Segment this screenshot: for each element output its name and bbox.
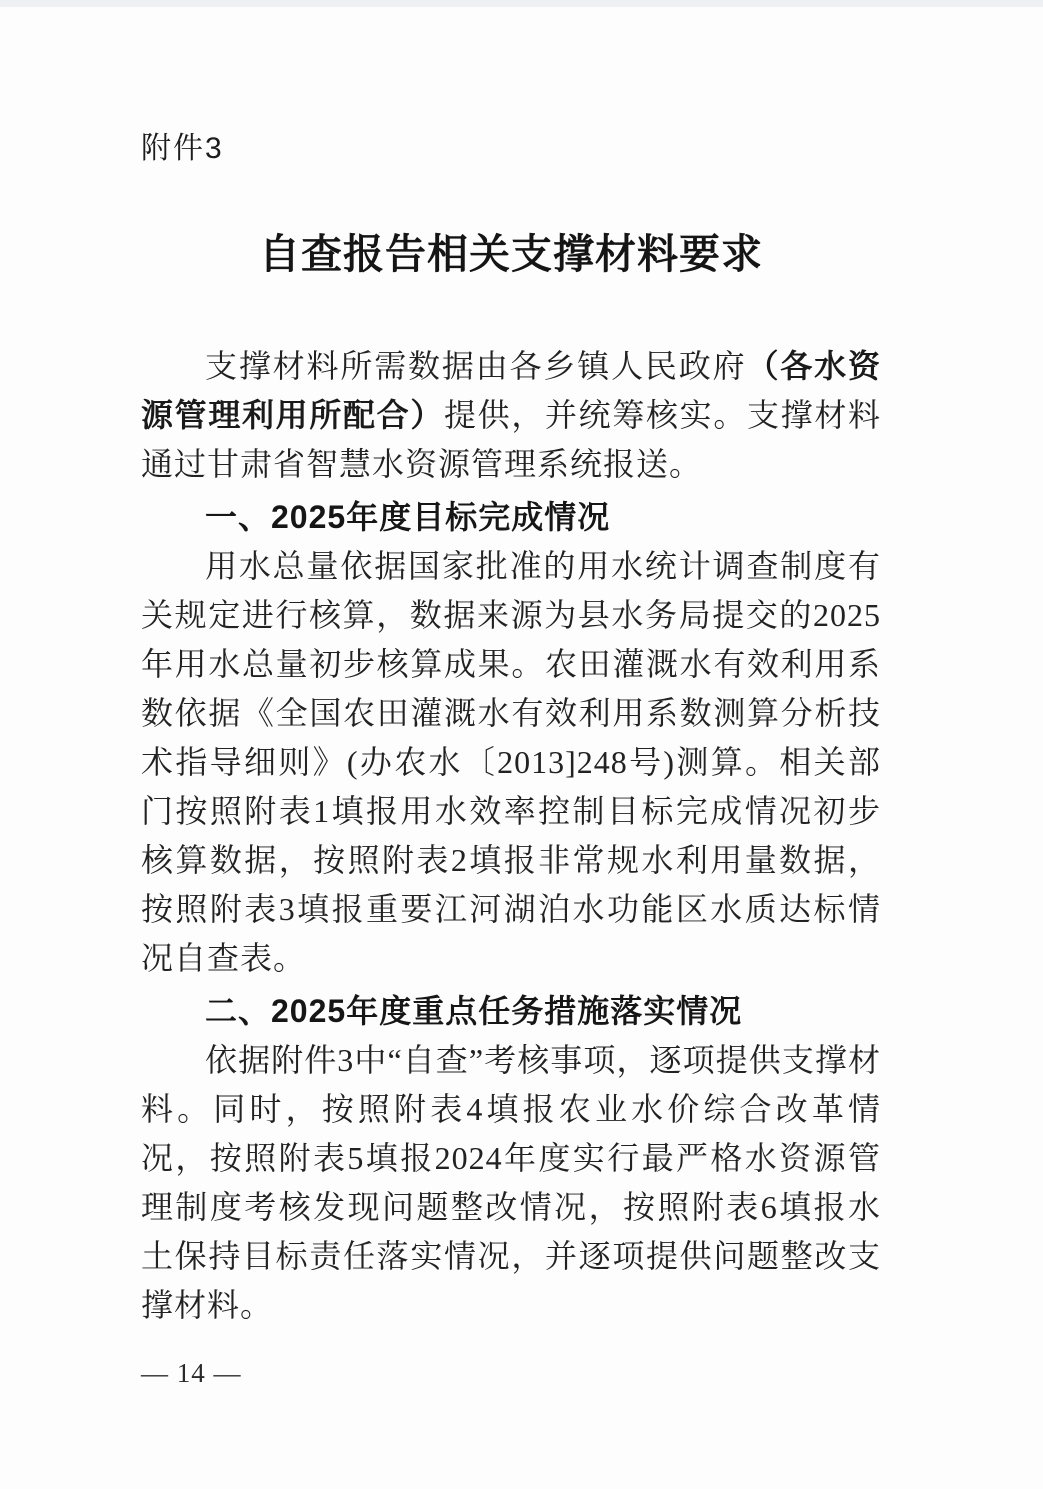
document-title: 自查报告相关支撑材料要求 — [141, 229, 881, 279]
attachment-label: 附件3 — [141, 131, 881, 167]
section-1-heading: 一、2025年度目标完成情况 — [141, 493, 881, 542]
document-page: 附件3 自查报告相关支撑材料要求 支撑材料所需数据由各乡镇人民政府（各水资源管理… — [0, 0, 1043, 1330]
section-2-heading: 二、2025年度重点任务措施落实情况 — [141, 987, 881, 1036]
intro-text-before: 支撑材料所需数据由各乡镇人民政府 — [205, 348, 746, 384]
section-2-paragraph: 依据附件3中“自查”考核事项，逐项提供支撑材料。同时，按照附表4填报农业水价综合… — [141, 1036, 881, 1330]
intro-paragraph: 支撑材料所需数据由各乡镇人民政府（各水资源管理利用所配合）提供，并统筹核实。支撑… — [141, 342, 881, 489]
page-number: — 14 — — [141, 1358, 242, 1389]
section-1-paragraph: 用水总量依据国家批准的用水统计调查制度有关规定进行核算，数据来源为县水务局提交的… — [141, 542, 881, 983]
